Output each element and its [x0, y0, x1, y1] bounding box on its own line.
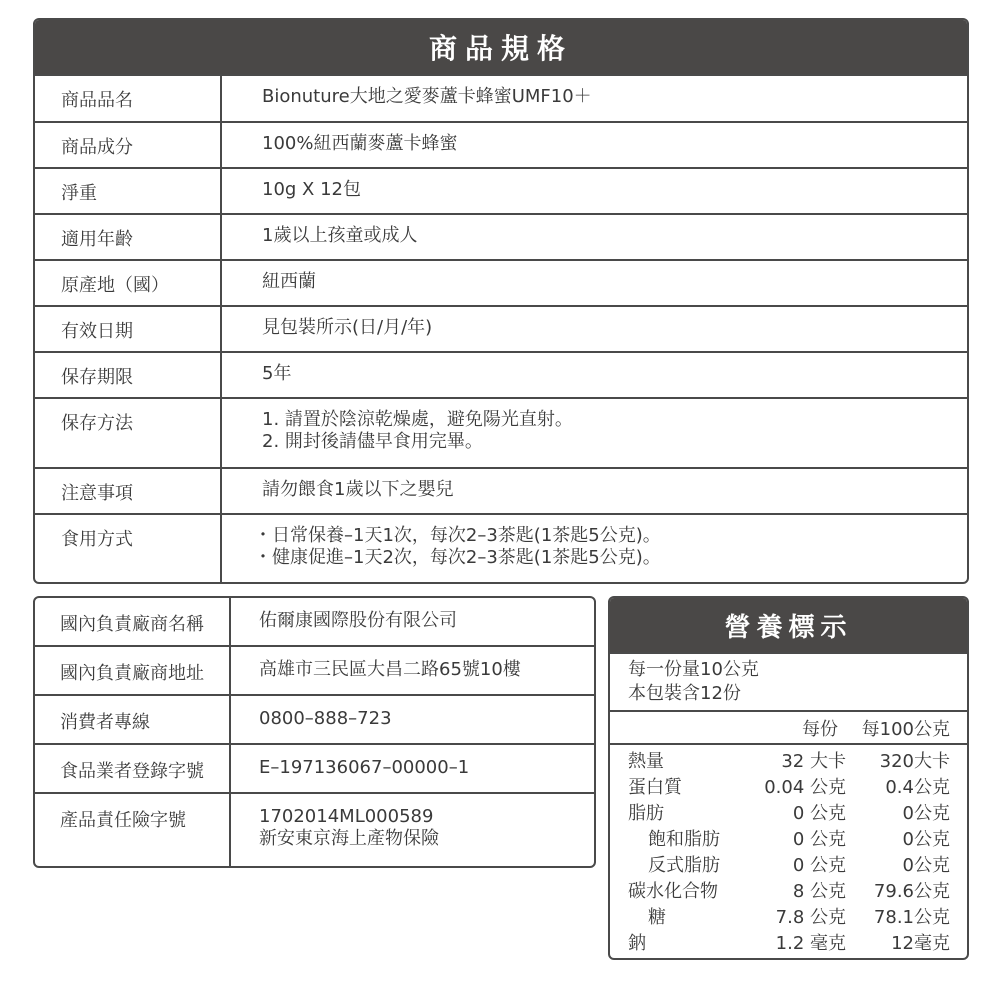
nutrient-per-100g: 0公克 [846, 853, 950, 879]
spec-value-line: 2. 開封後請儘早食用完畢。 [262, 431, 967, 453]
spec-value-line: 5年 [262, 363, 967, 385]
nutrient-per-serving: 0 公克 [750, 827, 846, 853]
nutrient-name: 熱量 [610, 749, 750, 775]
vendor-value-line: 高雄市三民區大昌二路65號10樓 [259, 659, 594, 681]
nutrition-row-saturated-fat: 飽和脂肪 0 公克 0公克 [610, 827, 967, 853]
spec-label: 商品品名 [35, 76, 222, 121]
servings-per-pack: 本包裝含12份 [628, 682, 967, 706]
nutrient-name: 蛋白質 [610, 775, 750, 801]
nutrient-per-serving: 0.04 公克 [750, 775, 846, 801]
nutrition-row-fat: 脂肪 0 公克 0公克 [610, 801, 967, 827]
nutrient-per-serving: 0 公克 [750, 801, 846, 827]
nutrition-row-carbohydrate: 碳水化合物 8 公克 79.6公克 [610, 879, 967, 905]
spec-row-expiry: 有效日期 見包裝所示(日/月/年) [35, 307, 967, 353]
vendor-label: 產品責任險字號 [35, 794, 231, 868]
nutrition-serving-info: 每一份量10公克 本包裝含12份 [610, 654, 967, 712]
vendor-row-hotline: 消費者專線 0800–888–723 [35, 696, 594, 745]
vendor-row-company: 國內負責廠商名稱 佑爾康國際股份有限公司 [35, 598, 594, 647]
spec-row-product-name: 商品品名 Bionuture大地之愛麥蘆卡蜂蜜UMF10＋ [35, 76, 967, 123]
spec-value: 見包裝所示(日/月/年) [222, 307, 967, 351]
spec-label: 原產地（國） [35, 261, 222, 305]
nutrient-per-100g: 0公克 [846, 801, 950, 827]
spec-row-net-weight: 淨重 10g X 12包 [35, 169, 967, 215]
spec-value-line: 1. 請置於陰涼乾燥處，避免陽光直射。 [262, 409, 967, 431]
spec-label: 食用方式 [35, 515, 222, 584]
spec-value: 1. 請置於陰涼乾燥處，避免陽光直射。 2. 開封後請儘早食用完畢。 [222, 399, 967, 467]
spec-value-line: 1歲以上孩童或成人 [262, 225, 967, 247]
vendor-value-line: 1702014ML000589 [259, 806, 594, 828]
spec-label: 淨重 [35, 169, 222, 213]
spec-value-line: 10g X 12包 [262, 179, 967, 201]
nutrient-per-serving: 32 大卡 [750, 749, 846, 775]
nutrient-name: 脂肪 [610, 801, 750, 827]
spec-row-caution: 注意事項 請勿餵食1歲以下之嬰兒 [35, 469, 967, 515]
nutrient-per-100g: 79.6公克 [846, 879, 950, 905]
spec-title: 商品規格 [35, 20, 967, 76]
spec-value: 10g X 12包 [222, 169, 967, 213]
nutrient-name: 反式脂肪 [610, 853, 750, 879]
vendor-row-insurance: 產品責任險字號 1702014ML000589 新安東京海上產物保險 [35, 794, 594, 868]
column-per-100g: 每100公克 [838, 715, 950, 741]
spec-row-origin: 原產地（國） 紐西蘭 [35, 261, 967, 307]
spec-row-shelf-life: 保存期限 5年 [35, 353, 967, 399]
nutrient-per-100g: 12毫克 [846, 931, 950, 957]
nutrient-name: 碳水化合物 [610, 879, 750, 905]
nutrient-per-100g: 0.4公克 [846, 775, 950, 801]
spec-label: 有效日期 [35, 307, 222, 351]
nutrition-facts-table: 營養標示 每一份量10公克 本包裝含12份 每份 每100公克 熱量 32 大卡… [608, 596, 969, 960]
nutrient-per-serving: 8 公克 [750, 879, 846, 905]
vendor-value: 高雄市三民區大昌二路65號10樓 [231, 647, 594, 694]
vendor-value-line: 0800–888–723 [259, 708, 594, 730]
spec-value: 100%紐西蘭麥蘆卡蜂蜜 [222, 123, 967, 167]
vendor-label: 食品業者登錄字號 [35, 745, 231, 792]
nutrient-per-100g: 320大卡 [846, 749, 950, 775]
vendor-value-line: 新安東京海上產物保險 [259, 828, 594, 850]
nutrition-title: 營養標示 [610, 598, 967, 654]
spec-value-line: 見包裝所示(日/月/年) [262, 317, 967, 339]
spec-value: 紐西蘭 [222, 261, 967, 305]
nutrition-row-trans-fat: 反式脂肪 0 公克 0公克 [610, 853, 967, 879]
spec-label: 注意事項 [35, 469, 222, 513]
nutrition-row-calories: 熱量 32 大卡 320大卡 [610, 749, 967, 775]
nutrition-row-sodium: 鈉 1.2 毫克 12毫克 [610, 931, 967, 957]
nutrient-per-100g: 0公克 [846, 827, 950, 853]
spec-row-usage: 食用方式 ・日常保養–1天1次，每次2–3茶匙(1茶匙5公克)。 ・健康促進–1… [35, 515, 967, 584]
nutrient-per-serving: 1.2 毫克 [750, 931, 846, 957]
spec-row-storage: 保存方法 1. 請置於陰涼乾燥處，避免陽光直射。 2. 開封後請儘早食用完畢。 [35, 399, 967, 469]
serving-size: 每一份量10公克 [628, 658, 967, 682]
vendor-value-line: 佑爾康國際股份有限公司 [259, 610, 594, 632]
spec-value: 1歲以上孩童或成人 [222, 215, 967, 259]
spec-value: 請勿餵食1歲以下之嬰兒 [222, 469, 967, 513]
vendor-label: 國內負責廠商名稱 [35, 598, 231, 645]
spec-row-age: 適用年齡 1歲以上孩童或成人 [35, 215, 967, 261]
spec-value-line: 100%紐西蘭麥蘆卡蜂蜜 [262, 133, 967, 155]
nutrient-per-serving: 7.8 公克 [750, 905, 846, 931]
spec-value: ・日常保養–1天1次，每次2–3茶匙(1茶匙5公克)。 ・健康促進–1天2次，每… [222, 515, 967, 584]
vendor-row-registration: 食品業者登錄字號 E–197136067–00000–1 [35, 745, 594, 794]
spec-label: 適用年齡 [35, 215, 222, 259]
nutrient-name: 糖 [610, 905, 750, 931]
nutrition-column-headers: 每份 每100公克 [610, 712, 967, 745]
nutrition-row-protein: 蛋白質 0.04 公克 0.4公克 [610, 775, 967, 801]
vendor-value: E–197136067–00000–1 [231, 745, 594, 792]
vendor-value: 1702014ML000589 新安東京海上產物保險 [231, 794, 594, 868]
nutrient-per-serving: 0 公克 [750, 853, 846, 879]
vendor-row-address: 國內負責廠商地址 高雄市三民區大昌二路65號10樓 [35, 647, 594, 696]
nutrient-name: 鈉 [610, 931, 750, 957]
nutrition-row-sugar: 糖 7.8 公克 78.1公克 [610, 905, 967, 931]
spec-value: 5年 [222, 353, 967, 397]
spec-label: 商品成分 [35, 123, 222, 167]
spec-value-line: Bionuture大地之愛麥蘆卡蜂蜜UMF10＋ [262, 86, 967, 108]
nutrient-per-100g: 78.1公克 [846, 905, 950, 931]
vendor-info-table: 國內負責廠商名稱 佑爾康國際股份有限公司 國內負責廠商地址 高雄市三民區大昌二路… [33, 596, 596, 868]
nutrition-rows: 熱量 32 大卡 320大卡 蛋白質 0.04 公克 0.4公克 脂肪 0 公克… [610, 745, 967, 957]
vendor-value: 佑爾康國際股份有限公司 [231, 598, 594, 645]
column-per-serving: 每份 [758, 715, 838, 741]
vendor-label: 國內負責廠商地址 [35, 647, 231, 694]
spec-value-line: ・健康促進–1天2次，每次2–3茶匙(1茶匙5公克)。 [254, 547, 967, 569]
spec-row-ingredients: 商品成分 100%紐西蘭麥蘆卡蜂蜜 [35, 123, 967, 169]
spec-value-line: 請勿餵食1歲以下之嬰兒 [262, 479, 967, 501]
vendor-label: 消費者專線 [35, 696, 231, 743]
spec-value-line: ・日常保養–1天1次，每次2–3茶匙(1茶匙5公克)。 [254, 525, 967, 547]
nutrient-name: 飽和脂肪 [610, 827, 750, 853]
spec-value: Bionuture大地之愛麥蘆卡蜂蜜UMF10＋ [222, 76, 967, 121]
product-spec-table: 商品規格 商品品名 Bionuture大地之愛麥蘆卡蜂蜜UMF10＋ 商品成分 … [33, 18, 969, 584]
spec-value-line: 紐西蘭 [262, 271, 967, 293]
spec-label: 保存期限 [35, 353, 222, 397]
spec-label: 保存方法 [35, 399, 222, 467]
vendor-value: 0800–888–723 [231, 696, 594, 743]
vendor-value-line: E–197136067–00000–1 [259, 757, 594, 779]
